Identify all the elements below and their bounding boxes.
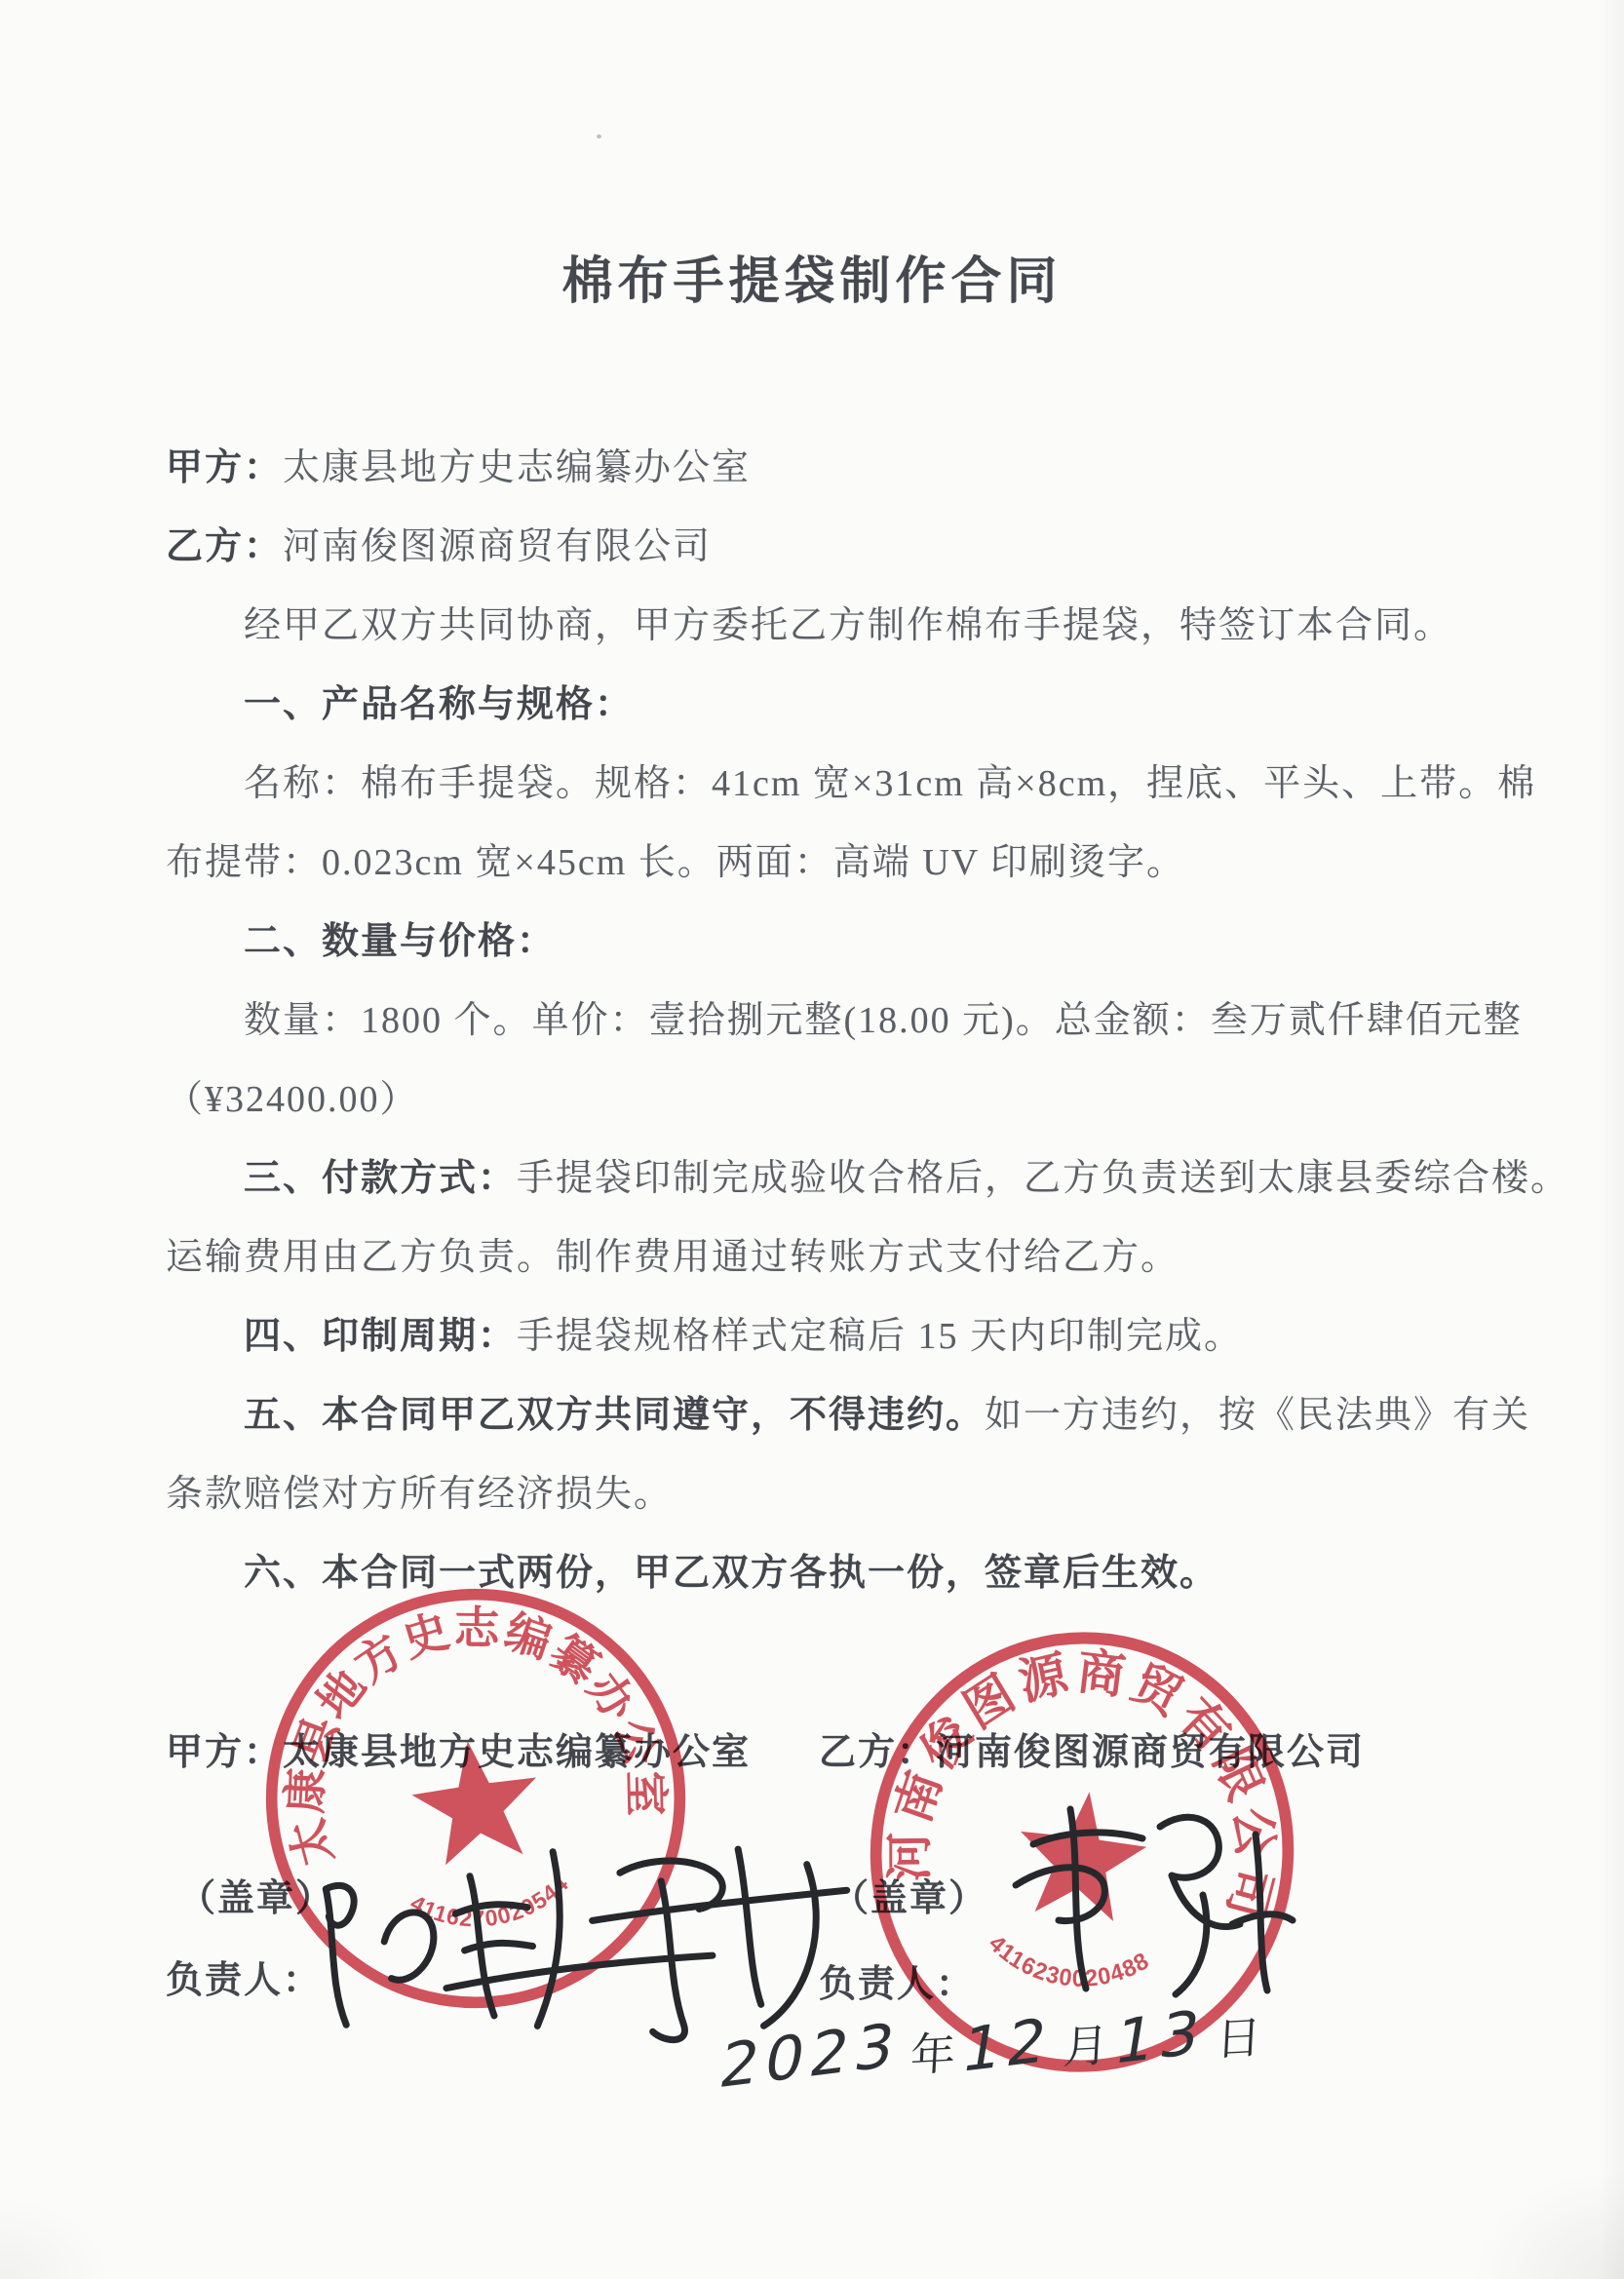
body-line-bold-segment: 二、数量与价格： xyxy=(244,921,556,962)
body-line-segment: 布提带：0.023cm 宽×45cm 长。两面：高端 UV 印刷烫字。 xyxy=(166,842,1185,883)
body-line: 运输费用由乙方负责。制作费用通过转账方式支付给乙方。 xyxy=(166,1218,1540,1297)
contract-page: 棉布手提袋制作合同 甲方：太康县地方史志编纂办公室乙方：河南俊图源商贸有限公司经… xyxy=(0,0,1624,2279)
body-line-segment: 如一方违约，按《民法典》有关 xyxy=(985,1395,1530,1436)
body-line: （¥32400.00） xyxy=(166,1061,1540,1139)
body-line-bold-segment: 五、本合同甲乙双方共同遵守，不得违约。 xyxy=(244,1395,985,1436)
date-year: 2023 xyxy=(715,2008,906,2102)
body-line-segment: 数量：1800 个。单价：壹拾捌元整(18.00 元)。总金额：叁万贰仟肆佰元整 xyxy=(244,1000,1523,1041)
body-line: 甲方：太康县地方史志编纂办公室 xyxy=(166,429,1540,508)
date-year-unit: 年 xyxy=(909,2018,956,2085)
body-line-segment: 名称：棉布手提袋。规格：41cm 宽×31cm 高×8cm，捏底、平头、上带。棉 xyxy=(244,763,1536,804)
body-line: 名称：棉布手提袋。规格：41cm 宽×31cm 高×8cm，捏底、平头、上带。棉 xyxy=(166,745,1540,824)
body-line-segment: 运输费用由乙方负责。制作费用通过转账方式支付给乙方。 xyxy=(166,1237,1179,1278)
body-line-bold-segment: 乙方： xyxy=(166,526,283,567)
body-line-segment: 手提袋印制完成验收合格后，乙方负责送到太康县委综合楼。 xyxy=(517,1158,1569,1199)
body-line-segment: 太康县地方史志编纂办公室 xyxy=(283,447,751,488)
body-line: 数量：1800 个。单价：壹拾捌元整(18.00 元)。总金额：叁万贰仟肆佰元整 xyxy=(166,982,1540,1061)
date-month-unit: 月 xyxy=(1062,2010,1109,2077)
body-line-segment: 条款赔偿对方所有经济损失。 xyxy=(166,1474,673,1515)
contract-body: 甲方：太康县地方史志编纂办公室乙方：河南俊图源商贸有限公司经甲乙双方共同协商，甲… xyxy=(166,429,1540,1613)
body-line-segment: （¥32400.00） xyxy=(166,1079,419,1120)
body-line: 五、本合同甲乙双方共同遵守，不得违约。如一方违约，按《民法典》有关 xyxy=(166,1376,1540,1455)
body-line: 四、印制周期：手提袋规格样式定稿后 15 天内印制完成。 xyxy=(166,1297,1540,1376)
scan-speck xyxy=(597,135,601,138)
body-line: 三、付款方式：手提袋印制完成验收合格后，乙方负责送到太康县委综合楼。 xyxy=(166,1139,1540,1218)
body-line-bold-segment: 三、付款方式： xyxy=(244,1158,517,1199)
body-line-bold-segment: 六、本合同一式两份，甲乙双方各执一份，签章后生效。 xyxy=(244,1553,1218,1594)
contract-title: 棉布手提袋制作合同 xyxy=(0,240,1624,313)
date-day-unit: 日 xyxy=(1215,2002,1262,2069)
body-line-bold-segment: 四、印制周期： xyxy=(244,1316,517,1357)
body-line-bold-segment: 一、产品名称与规格： xyxy=(244,684,634,725)
body-line: 一、产品名称与规格： xyxy=(166,666,1540,745)
party-b-handwritten-signature xyxy=(977,1766,1316,2022)
body-line-segment: 河南俊图源商贸有限公司 xyxy=(283,526,712,567)
body-line: 乙方：河南俊图源商贸有限公司 xyxy=(166,508,1540,587)
body-line: 经甲乙双方共同协商，甲方委托乙方制作棉布手提袋，特签订本合同。 xyxy=(166,587,1540,666)
body-line: 二、数量与价格： xyxy=(166,903,1540,982)
body-line: 布提带：0.023cm 宽×45cm 长。两面：高端 UV 印刷烫字。 xyxy=(166,824,1540,903)
body-line: 条款赔偿对方所有经济损失。 xyxy=(166,1455,1540,1534)
body-line-segment: 手提袋规格样式定稿后 15 天内印制完成。 xyxy=(517,1316,1243,1357)
date-day: 13 xyxy=(1109,1995,1211,2078)
date-month: 12 xyxy=(956,2003,1058,2086)
body-line-bold-segment: 甲方： xyxy=(166,447,283,488)
body-line-segment: 经甲乙双方共同协商，甲方委托乙方制作棉布手提袋，特签订本合同。 xyxy=(244,605,1452,646)
